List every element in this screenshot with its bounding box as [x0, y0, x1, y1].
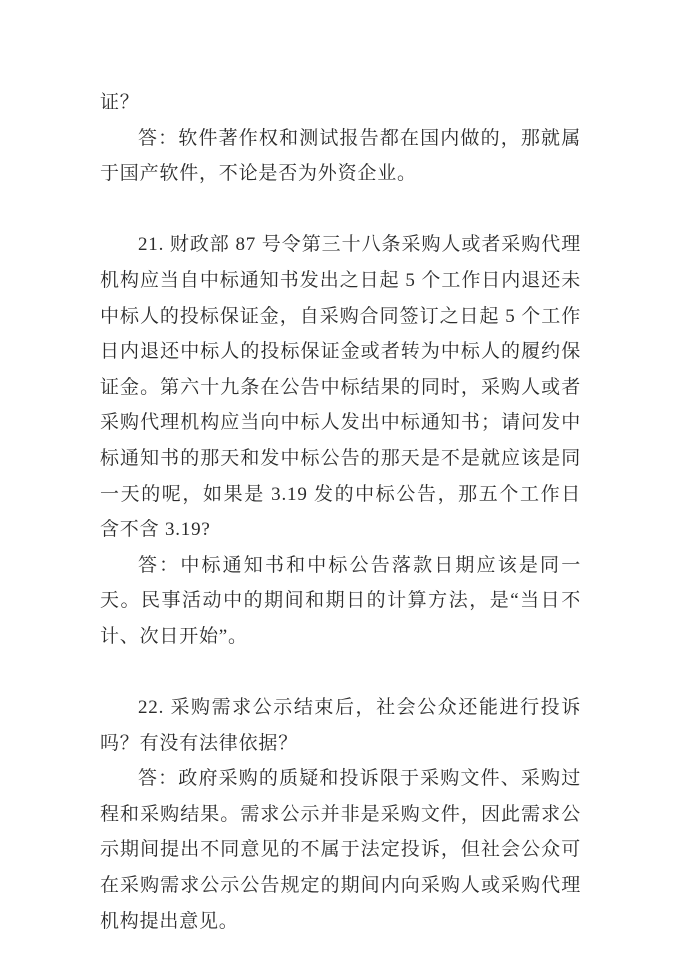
paragraph: 22. 采购需求公示结束后，社会公众还能进行投诉吗？有没有法律依据？	[100, 690, 581, 761]
paragraph: 证？	[100, 85, 581, 121]
paragraph: 答：政府采购的质疑和投诉限于采购文件、采购过程和采购结果。需求公示并非是采购文件…	[100, 761, 581, 939]
paragraph: 21. 财政部 87 号令第三十八条采购人或者采购代理机构应当自中标通知书发出之…	[100, 227, 581, 547]
paragraph: 答：软件著作权和测试报告都在国内做的，那就属于国产软件，不论是否为外资企业。	[100, 121, 581, 192]
paragraph: 答：中标通知书和中标公告落款日期应该是同一天。民事活动中的期间和期日的计算方法，…	[100, 548, 581, 655]
document-content: 证？答：软件著作权和测试报告都在国内做的，那就属于国产软件，不论是否为外资企业。…	[100, 85, 581, 939]
document-page: 证？答：软件著作权和测试报告都在国内做的，那就属于国产软件，不论是否为外资企业。…	[0, 0, 680, 962]
